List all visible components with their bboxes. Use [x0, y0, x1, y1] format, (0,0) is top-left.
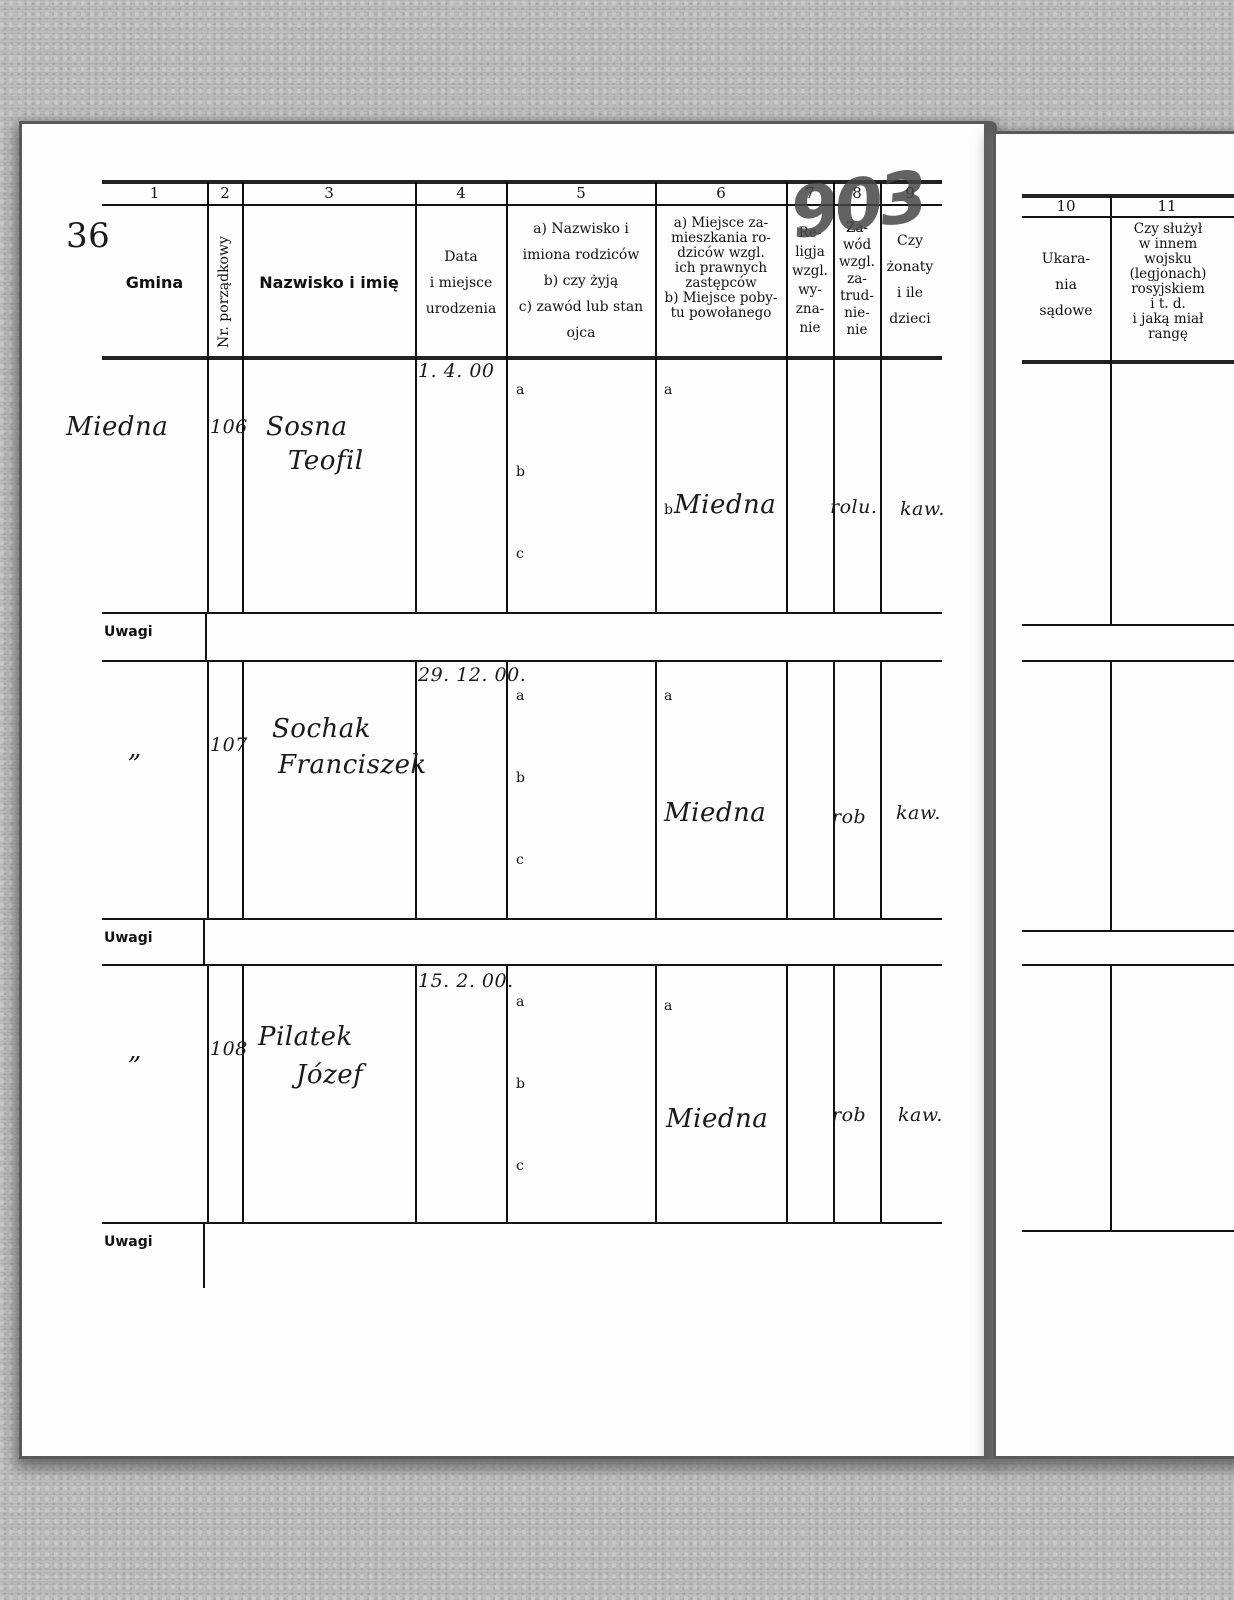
row-rule	[1022, 1230, 1234, 1232]
row-rule	[102, 918, 942, 920]
occupation-value: rolu.	[830, 496, 877, 518]
header-line: nia	[1022, 272, 1110, 298]
col-divider	[207, 662, 209, 918]
header-bottom-rule	[1022, 360, 1234, 364]
sub-label-a: a	[516, 688, 524, 704]
given-name-value: Franciszek	[278, 750, 427, 780]
residence-value: Miedna	[664, 798, 766, 828]
header-line: tu powołanego	[656, 306, 786, 321]
birth-date-value: 15. 2. 00.	[418, 970, 514, 992]
header-line: imiona rodziców	[507, 242, 655, 268]
col-divider	[786, 358, 788, 612]
sub-label-b: b	[516, 770, 525, 786]
sub-label-a: a	[516, 382, 524, 398]
marital-value: kaw.	[898, 1104, 943, 1126]
header-line: dzieci	[881, 306, 939, 332]
col-divider	[655, 182, 657, 358]
birth-date-value: 1. 4. 00	[418, 360, 495, 382]
col-divider	[880, 358, 882, 612]
column-number-5: 5	[507, 184, 655, 202]
col-divider	[207, 358, 209, 612]
col-divider	[242, 182, 244, 358]
header-data-urodzenia: Data i miejsce urodzenia	[416, 244, 506, 322]
row-rule	[102, 1222, 942, 1224]
col-divider	[415, 182, 417, 358]
col-divider	[833, 662, 835, 918]
sub-label-b: b	[516, 464, 525, 480]
header-line: nie-	[834, 305, 880, 322]
column-number-1: 1	[102, 184, 207, 202]
header-ukarania: Ukara- nia sądowe	[1022, 246, 1110, 324]
col-divider	[242, 358, 244, 612]
row-rule	[102, 964, 942, 966]
col-divider	[207, 966, 209, 1222]
sub-label-b: b	[516, 1076, 525, 1092]
header-line: za-	[834, 271, 880, 288]
col-divider	[786, 966, 788, 1222]
header-sluzba: Czy służył w innem wojsku (legjonach) ro…	[1112, 222, 1224, 342]
col-divider	[655, 358, 657, 612]
occupation-value: rob	[832, 806, 866, 828]
register-page-left: 36 1 2 3 4 5 6 7 8 9 Gmina Nr. porządkow…	[22, 124, 994, 1456]
header-line: trud-	[834, 288, 880, 305]
sub-label-c: c	[516, 546, 524, 562]
surname-value: Sochak	[272, 714, 371, 744]
header-line: Data	[416, 244, 506, 270]
col-divider	[242, 966, 244, 1222]
header-line: w innem	[1112, 237, 1224, 252]
col-divider	[833, 966, 835, 1222]
header-line: a) Miejsce za-	[656, 216, 786, 231]
nr-value: 107	[210, 734, 248, 756]
residence-value: Miedna	[666, 1104, 768, 1134]
sub-label-c: c	[516, 852, 524, 868]
row-rule	[102, 612, 942, 614]
remarks-label: Uwagi	[104, 930, 153, 946]
header-line: ich prawnych	[656, 261, 786, 276]
header-line: urodzenia	[416, 296, 506, 322]
header-line: nie	[787, 319, 833, 338]
row-rule	[1022, 624, 1234, 626]
sub-label-c: c	[516, 1158, 524, 1174]
header-bottom-rule	[102, 356, 942, 360]
col-divider	[655, 662, 657, 918]
header-line: i ile	[881, 280, 939, 306]
header-line: wojsku	[1112, 252, 1224, 267]
col-divider	[880, 182, 882, 358]
remarks-label: Uwagi	[104, 624, 153, 640]
gmina-value: „	[128, 734, 142, 764]
column-number-6: 6	[656, 184, 786, 202]
given-name-value: Józef	[296, 1060, 363, 1090]
remarks-divider	[205, 614, 207, 660]
remarks-divider	[203, 1224, 205, 1288]
header-nr-porzadkowy: Nr. porządkowy	[216, 236, 232, 348]
gmina-value: Miedna	[66, 412, 168, 442]
sub-label-a: a	[516, 994, 524, 1010]
header-line: b) czy żyją	[507, 268, 655, 294]
row-rule	[102, 660, 942, 662]
col-divider	[1110, 966, 1112, 1230]
header-line: sądowe	[1022, 298, 1110, 324]
birth-date-value: 29. 12. 00.	[418, 664, 526, 686]
row-rule	[1022, 964, 1234, 966]
register-page-right: 10 11 Ukara- nia sądowe Czy służył w inn…	[996, 134, 1234, 1456]
header-line: i jaką miał	[1112, 312, 1224, 327]
marital-value: kaw.	[900, 498, 945, 520]
header-line: ojca	[507, 320, 655, 346]
header-line: wzgl.	[787, 262, 833, 281]
header-line: (legjonach)	[1112, 267, 1224, 282]
header-nazwisko-imie: Nazwisko i imię	[243, 274, 415, 291]
marital-value: kaw.	[896, 802, 941, 824]
header-line: zna-	[787, 300, 833, 319]
header-miejsce-zamieszkania: a) Miejsce za- mieszkania ro- dziców wzg…	[656, 216, 786, 321]
header-line: rangę	[1112, 327, 1224, 342]
header-gmina: Gmina	[102, 274, 207, 291]
header-line: Ukara-	[1022, 246, 1110, 272]
header-line: żonaty	[881, 254, 939, 280]
residence-value: Miedna	[674, 490, 776, 520]
header-line: mieszkania ro-	[656, 231, 786, 246]
col-divider	[415, 966, 417, 1222]
col-divider	[880, 966, 882, 1222]
column-number-4: 4	[416, 184, 506, 202]
sub-label-a: a	[664, 998, 672, 1014]
col-divider	[506, 358, 508, 612]
col-divider	[833, 358, 835, 612]
header-rodzice: a) Nazwisko i imiona rodziców b) czy żyj…	[507, 216, 655, 346]
header-line: wzgl.	[834, 254, 880, 271]
col-divider	[415, 662, 417, 918]
surname-value: Sosna	[266, 412, 348, 442]
col-divider	[506, 966, 508, 1222]
header-line: b) Miejsce poby-	[656, 291, 786, 306]
col-divider	[506, 662, 508, 918]
sub-label-b: b	[664, 502, 673, 518]
header-line: nie	[834, 322, 880, 339]
header-line: zastępców	[656, 276, 786, 291]
gmina-value: „	[128, 1036, 142, 1066]
page-number: 36	[66, 216, 110, 256]
header-line: Czy służył	[1112, 222, 1224, 237]
header-line: rosyjskiem	[1112, 282, 1224, 297]
sub-label-a: a	[664, 688, 672, 704]
header-line: wy-	[787, 281, 833, 300]
col-divider	[880, 662, 882, 918]
row-rule	[1022, 930, 1234, 932]
column-number-11: 11	[1112, 197, 1222, 215]
header-number-rule	[1022, 216, 1234, 218]
column-number-10: 10	[1022, 197, 1110, 215]
header-line: i miejsce	[416, 270, 506, 296]
row-rule	[1022, 660, 1234, 662]
given-name-value: Teofil	[288, 446, 364, 476]
surname-value: Pilatek	[258, 1022, 353, 1052]
col-divider	[506, 182, 508, 358]
col-divider	[1110, 662, 1112, 930]
column-number-3: 3	[243, 184, 415, 202]
sub-label-a: a	[664, 382, 672, 398]
remarks-divider	[203, 920, 205, 964]
column-number-2: 2	[208, 184, 242, 202]
occupation-value: rob	[832, 1104, 866, 1126]
col-divider	[833, 182, 835, 358]
remarks-label: Uwagi	[104, 1234, 153, 1250]
col-divider	[786, 662, 788, 918]
header-line: i t. d.	[1112, 297, 1224, 312]
nr-value: 106	[210, 416, 248, 438]
col-divider	[415, 358, 417, 612]
header-zonaty: Czy żonaty i ile dzieci	[881, 228, 939, 332]
col-divider	[655, 966, 657, 1222]
col-divider	[242, 662, 244, 918]
header-line: a) Nazwisko i	[507, 216, 655, 242]
header-line: dziców wzgl.	[656, 246, 786, 261]
header-line: c) zawód lub stan	[507, 294, 655, 320]
nr-value: 108	[210, 1038, 248, 1060]
col-divider	[207, 182, 209, 358]
col-divider	[786, 182, 788, 358]
